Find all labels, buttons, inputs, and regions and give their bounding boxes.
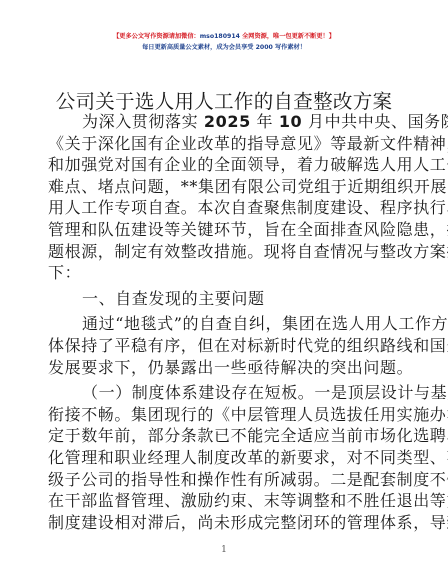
text-line: 《关于深化国有企业改革的指导意见》等最新文件精神，坚持 xyxy=(48,133,384,155)
text-line: 化管理和职业经理人制度改革的新要求，对不同类型、不同层 xyxy=(48,447,384,469)
section-heading-text: 一、自查发现的主要问题 xyxy=(48,288,384,310)
text-line: 管理和队伍建设等关键环节，旨在全面排查风险隐患，找准问 xyxy=(48,219,384,241)
promo-line-1: 【更多公文写作资源请加微信：mso180914 全网资源，唯一包更新不断更！】 xyxy=(0,31,448,40)
section-heading: 一、自查发现的主要问题 xyxy=(48,288,384,310)
page-number: 1 xyxy=(0,545,448,555)
paragraph-issue-1: （一）制度体系建设存在短板。一是顶层设计与基层实践 衔接不畅。集团现行的《中层管… xyxy=(48,382,384,533)
promo-line-2: 每日更新高质量公文素材，成为会员享受 2000 写作素材！ xyxy=(0,42,448,51)
text-line: 下： xyxy=(48,262,384,284)
text-line: 难点、堵点问题，**集团有限公司党组于近期组织开展了选人 xyxy=(48,176,384,198)
text-line: 级子公司的指导性和操作性有所减弱。二是配套制度不健全。 xyxy=(48,469,384,491)
text-line: 在干部监督管理、激励约束、末等调整和不胜任退出等方面的 xyxy=(48,490,384,512)
paragraph-intro: 为深入贯彻落实 2025 年 10 月中共中央、国务院印发的 《关于深化国有企业… xyxy=(48,111,384,284)
text-line: 定于数年前，部分条款已不能完全适应当前市场化选聘、契约 xyxy=(48,425,384,447)
text-line: （一）制度体系建设存在短板。一是顶层设计与基层实践 xyxy=(48,382,384,404)
promo-text-red-2: 全网资源，唯一包更新不断更！】 xyxy=(240,33,335,40)
text-line: 通过“地毯式”的自查自纠，集团在选人用人工作方面总 xyxy=(48,313,384,335)
text-line: 和加强党对国有企业的全面领导，着力破解选人用人工作中的 xyxy=(48,154,384,176)
text-line: 制度建设相对滞后，尚未形成完整闭环的管理体系，导致“能 xyxy=(48,512,384,534)
text-line: 发展要求下，仍暴露出一些亟待解决的突出问题。 xyxy=(48,357,384,379)
text-line: 题根源，制定有效整改措施。现将自查情况与整改方案报告如 xyxy=(48,241,384,263)
wechat-id: mso180914 xyxy=(200,33,240,40)
document-title: 公司关于选人用人工作的自查整改方案 xyxy=(0,86,448,114)
paragraph-overview: 通过“地毯式”的自查自纠，集团在选人用人工作方面总 体保持了平稳有序，但在对标新… xyxy=(48,313,384,378)
text-line: 用人工作专项自查。本次自查聚焦制度建设、程序执行、监督 xyxy=(48,197,384,219)
text-line: 衔接不畅。集团现行的《中层管理人员选拔任用实施办法》制 xyxy=(48,404,384,426)
text-line: 体保持了平稳有序，但在对标新时代党的组织路线和国企改革 xyxy=(48,335,384,357)
promo-text-red: 【更多公文写作资源请加微信： xyxy=(113,33,200,40)
document-body: 为深入贯彻落实 2025 年 10 月中共中央、国务院印发的 《关于深化国有企业… xyxy=(48,111,384,533)
text-line: 为深入贯彻落实 2025 年 10 月中共中央、国务院印发的 xyxy=(48,111,384,133)
